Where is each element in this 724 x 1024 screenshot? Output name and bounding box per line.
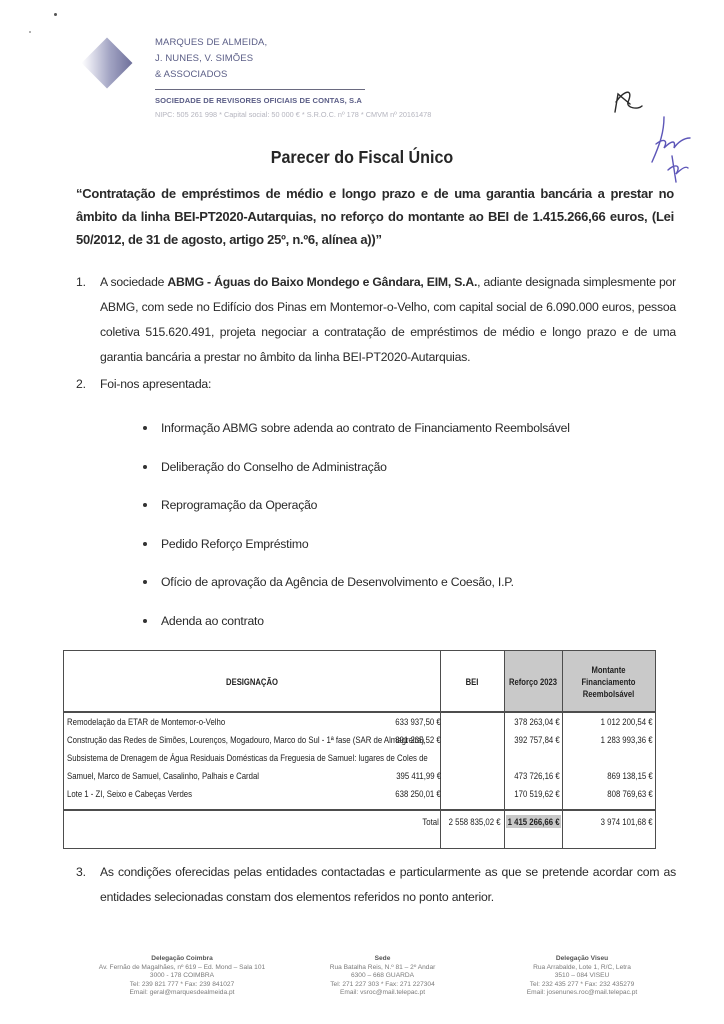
list-item: Ofício de aprovação da Agência de Desenv…	[143, 572, 570, 611]
column-divider	[440, 651, 441, 848]
total-divider	[64, 809, 655, 811]
row-designacao: Construção das Redes de Simões, Lourenço…	[67, 734, 424, 745]
footer-email: Email: geral@marquesdealmeida.pt	[62, 989, 302, 998]
paragraph-number: 1.	[76, 270, 86, 295]
paragraph-number: 2.	[76, 372, 86, 397]
total-reforco: 1 415 266,66 €	[508, 816, 560, 827]
entity-name: ABMG - Águas do Baixo Mondego e Gândara,…	[167, 275, 477, 289]
footer-line: Tel: 271 227 303 * Fax: 271 227304	[300, 981, 465, 990]
footer-heading: Sede	[300, 955, 465, 964]
footer-line: Rua Batalha Reis, N.º 81 – 2º Andar	[300, 964, 465, 973]
footer-line: 3000 - 178 COIMBRA	[62, 972, 302, 981]
total-bei: 2 558 835,02 €	[449, 816, 501, 827]
initial-r-stroke	[615, 92, 642, 112]
list-item: Reprogramação da Operação	[143, 495, 570, 534]
footer-email: Email: vsroc@mail.telepac.pt	[300, 989, 465, 998]
column-divider	[562, 651, 563, 848]
footer-heading: Delegação Viseu	[492, 955, 672, 964]
paragraph-3: 3. As condições oferecidas pelas entidad…	[100, 860, 676, 910]
footer-line: 3510 – 084 VISEU	[492, 972, 672, 981]
row-reforco: 170 519,62 €	[515, 788, 560, 799]
handwritten-initials	[612, 82, 712, 192]
paragraph-text: As condições oferecidas pelas entidades …	[100, 865, 676, 904]
list-item-text: Adenda ao contrato	[161, 614, 264, 628]
bullet-icon	[143, 542, 147, 546]
paragraph-2: 2. Foi-nos apresentada:	[100, 372, 676, 397]
row-montante: 1 012 200,54 €	[601, 716, 653, 727]
bullet-icon	[143, 580, 147, 584]
list-item-text: Reprogramação da Operação	[161, 498, 317, 512]
footer-sede: Sede Rua Batalha Reis, N.º 81 – 2º Andar…	[300, 955, 465, 998]
bullet-icon	[143, 503, 147, 507]
row-bei: 638 250,01 €	[396, 788, 441, 799]
paragraph-text: Foi-nos apresentada:	[100, 377, 211, 391]
list-item: Pedido Reforço Empréstimo	[143, 534, 570, 573]
firm-registration: NIPC: 505 261 998 * Capital social: 50 0…	[155, 110, 431, 119]
footer-line: Av. Fernão de Magalhães, nº 619 – Ed. Mo…	[62, 964, 302, 973]
row-designacao: Lote 1 - ZI, Seixo e Cabeças Verdes	[67, 788, 192, 799]
total-label: Total	[423, 816, 439, 827]
list-item-text: Informação ABMG sobre adenda ao contrato…	[161, 421, 570, 435]
row-bei: 395 411,99 €	[396, 770, 441, 781]
header-montante: Montante Financiamento Reembolsável	[569, 651, 648, 713]
firm-name-line: MARQUES DE ALMEIDA,	[155, 35, 267, 51]
footer-email: Email: josenunes.roc@mail.telepac.pt	[492, 989, 672, 998]
list-item: Informação ABMG sobre adenda ao contrato…	[143, 418, 570, 457]
financing-table: DESIGNAÇÃO BEI Reforço 2023 Montante Fin…	[63, 650, 656, 849]
row-montante: 869 138,15 €	[608, 770, 653, 781]
row-montante: 808 769,63 €	[608, 788, 653, 799]
scan-speck	[29, 31, 31, 33]
bullet-icon	[143, 426, 147, 430]
firm-name: MARQUES DE ALMEIDA, J. NUNES, V. SIMÕES …	[155, 35, 267, 83]
row-bei: 633 937,50 €	[396, 716, 441, 727]
footer-coimbra: Delegação Coimbra Av. Fernão de Magalhãe…	[62, 955, 302, 998]
paragraph-1: 1. A sociedade ABMG - Águas do Baixo Mon…	[100, 270, 676, 370]
list-item-text: Pedido Reforço Empréstimo	[161, 537, 308, 551]
documents-list: Informação ABMG sobre adenda ao contrato…	[143, 418, 570, 649]
row-designacao: Samuel, Marco de Samuel, Casalinho, Palh…	[67, 770, 259, 781]
diamond-logo-icon	[82, 38, 133, 89]
bullet-icon	[143, 465, 147, 469]
row-designacao: Subsistema de Drenagem de Água Residuais…	[67, 752, 428, 763]
firm-subtitle: SOCIEDADE DE REVISORES OFICIAIS DE CONTA…	[155, 96, 362, 105]
row-reforco: 378 263,04 €	[515, 716, 560, 727]
row-reforco: 392 757,84 €	[515, 734, 560, 745]
paragraph-text: A sociedade	[100, 275, 167, 289]
scan-speck	[54, 13, 57, 16]
total-montante: 3 974 101,68 €	[601, 816, 653, 827]
footer-heading: Delegação Coimbra	[62, 955, 302, 964]
row-reforco: 473 726,16 €	[515, 770, 560, 781]
list-item-text: Ofício de aprovação da Agência de Desenv…	[161, 575, 514, 589]
row-bei: 891 235,52 €	[396, 734, 441, 745]
list-item-text: Deliberação do Conselho de Administração	[161, 460, 387, 474]
footer-line: Tel: 232 435 277 * Fax: 232 435279	[492, 981, 672, 990]
footer-line: Tel: 239 821 777 * Fax: 239 841027	[62, 981, 302, 990]
list-item: Deliberação do Conselho de Administração	[143, 457, 570, 496]
header-bei: BEI	[445, 651, 499, 713]
header-montante-line: Financiamento	[581, 676, 635, 688]
list-item: Adenda ao contrato	[143, 611, 570, 650]
document-title: Parecer do Fiscal Único	[29, 147, 695, 168]
footer-viseu: Delegação Viseu Rua Arrabalde, Lote 1, R…	[492, 955, 672, 998]
footer-line: 6300 – 668 GUARDA	[300, 972, 465, 981]
row-designacao: Remodelação da ETAR de Montemor-o-Velho	[67, 716, 225, 727]
header-montante-line: Reembolsável	[583, 688, 634, 700]
firm-name-line: & ASSOCIADOS	[155, 67, 267, 83]
bullet-icon	[143, 619, 147, 623]
letterhead-divider	[155, 89, 365, 90]
paragraph-number: 3.	[76, 860, 86, 885]
row-montante: 1 283 993,36 €	[601, 734, 653, 745]
column-divider	[504, 651, 505, 848]
header-reforco: Reforço 2023	[508, 651, 557, 713]
header-designacao: DESIGNAÇÃO	[92, 651, 412, 713]
footer-line: Rua Arrabalde, Lote 1, R/C, Letra	[492, 964, 672, 973]
firm-name-line: J. NUNES, V. SIMÕES	[155, 51, 267, 67]
document-subject: “Contratação de empréstimos de médio e l…	[76, 182, 674, 251]
header-montante-line: Montante	[592, 664, 626, 676]
